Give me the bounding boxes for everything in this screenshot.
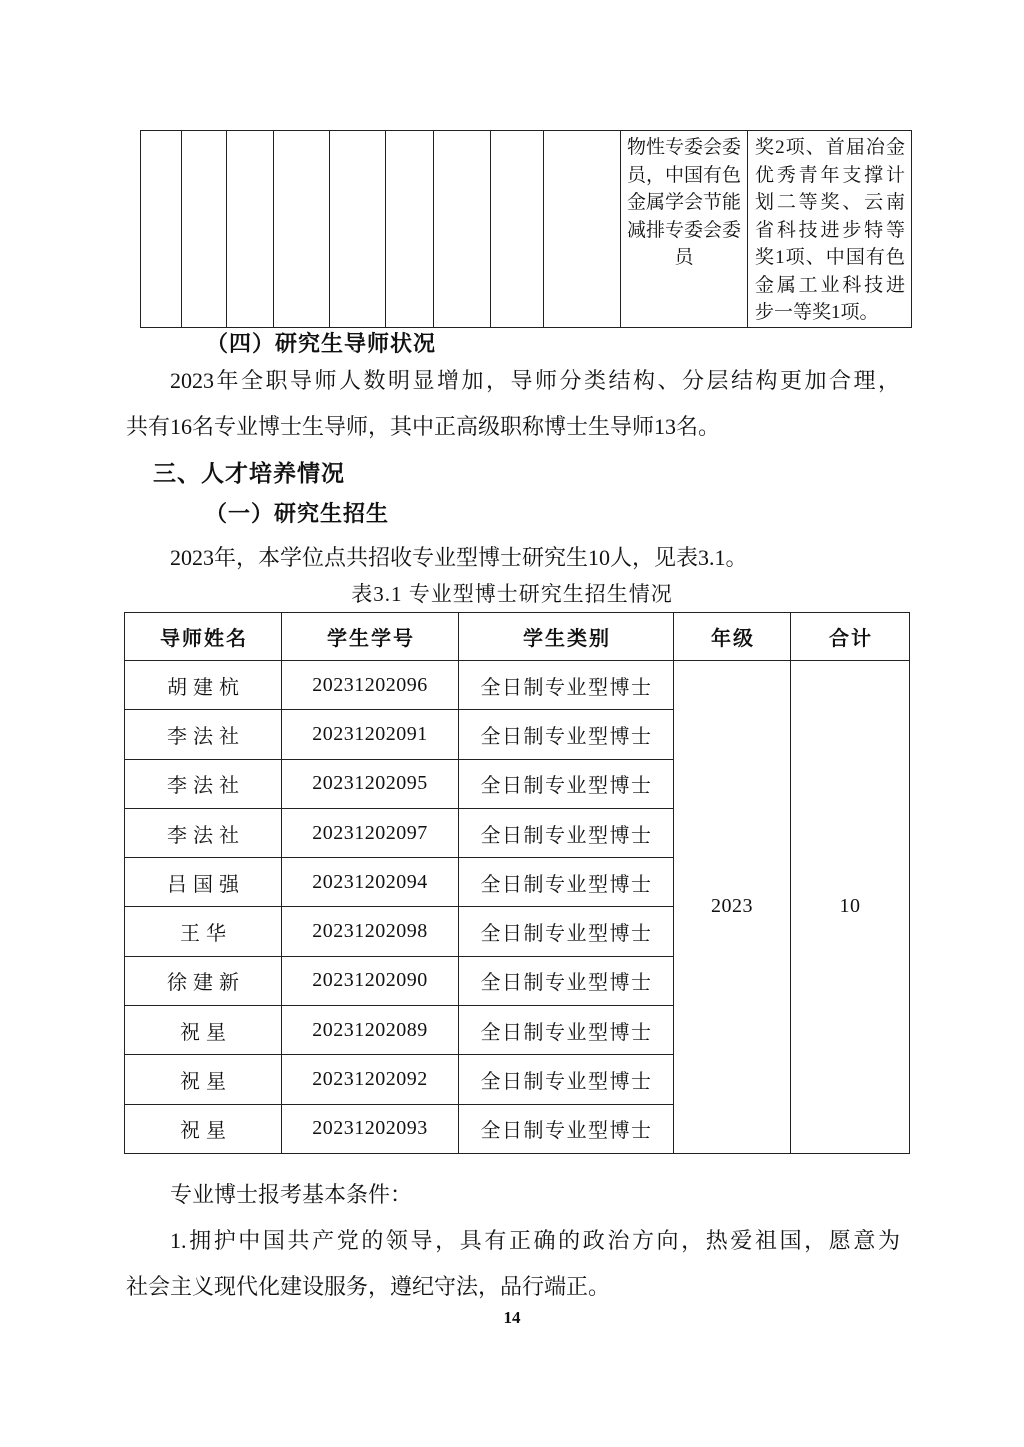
supervisor-name-cell: 徐建新 [125,956,282,1005]
section-3-1-paragraph: 2023年，本学位点共招收专业型博士研究生10人，见表3.1。 [126,535,900,581]
student-id-cell: 20231202090 [282,956,459,1005]
total-count-cell: 10 [791,661,910,1154]
empty-cell [386,131,434,328]
section-3-heading: 三、人才培养情况 [153,460,345,489]
header-student-type: 学生类别 [459,613,674,661]
student-type-cell: 全日制专业型博士 [459,759,674,808]
student-id-cell: 20231202093 [282,1104,459,1153]
student-type-cell: 全日制专业型博士 [459,710,674,759]
paragraph-line: 2023年全职导师人数明显增加，导师分类结构、分层结构更加合理， [126,358,900,404]
section-4-heading: （四）研究生导师状况 [206,330,436,358]
conditions-item-1: 1.拥护中国共产党的领导，具有正确的政治方向，热爱祖国，愿意为 社会主义现代化建… [126,1218,900,1310]
student-type-cell: 全日制专业型博士 [459,661,674,710]
empty-cell [491,131,544,328]
table-row: 胡建杭20231202096全日制专业型博士202310 [125,661,910,710]
paragraph-line: 共有16名专业博士生导师，其中正高级职称博士生导师13名。 [126,404,900,450]
empty-cell [330,131,386,328]
supervisor-name-cell: 祝星 [125,1104,282,1153]
document-page: 物性专委会委员，中国有色金属学会节能减排专委会委员 奖2项、首届冶金优秀青年支撑… [0,0,1024,1447]
student-id-cell: 20231202091 [282,710,459,759]
empty-cell [141,131,182,328]
student-id-cell: 20231202098 [282,907,459,956]
supervisor-name-cell: 祝星 [125,1055,282,1104]
page-number: 14 [0,1308,1024,1328]
admission-table: 导师姓名 学生学号 学生类别 年级 合计 胡建杭20231202096全日制专业… [124,612,910,1154]
empty-cell [227,131,274,328]
supervisor-name-cell: 李法社 [125,710,282,759]
empty-cell [544,131,621,328]
student-id-cell: 20231202094 [282,858,459,907]
section-3-1-heading: （一）研究生招生 [205,500,389,528]
awards-cell: 奖2项、首届冶金优秀青年支撑计划二等奖、云南省科技进步特等奖1项、中国有色金属工… [748,131,912,328]
student-id-cell: 20231202092 [282,1055,459,1104]
paragraph-line: 2023年，本学位点共招收专业型博士研究生10人，见表3.1。 [126,535,900,581]
supervisor-name-cell: 李法社 [125,808,282,857]
committee-membership-cell: 物性专委会委员，中国有色金属学会节能减排专委会委员 [621,131,748,328]
header-grade: 年级 [674,613,791,661]
empty-cell [182,131,227,328]
student-id-cell: 20231202089 [282,1006,459,1055]
section-4-paragraph: 2023年全职导师人数明显增加，导师分类结构、分层结构更加合理， 共有16名专业… [126,358,900,450]
student-type-cell: 全日制专业型博士 [459,956,674,1005]
student-type-cell: 全日制专业型博士 [459,858,674,907]
header-student-id: 学生学号 [282,613,459,661]
supervisor-name-cell: 祝星 [125,1006,282,1055]
table-row: 物性专委会委员，中国有色金属学会节能减排专委会委员 奖2项、首届冶金优秀青年支撑… [141,131,912,328]
empty-cell [274,131,330,328]
student-type-cell: 全日制专业型博士 [459,907,674,956]
supervisor-name-cell: 王华 [125,907,282,956]
student-type-cell: 全日制专业型博士 [459,808,674,857]
student-type-cell: 全日制专业型博士 [459,1104,674,1153]
admission-table-body: 胡建杭20231202096全日制专业型博士202310李法社202312020… [125,661,910,1154]
supervisor-name-cell: 李法社 [125,759,282,808]
header-supervisor-name: 导师姓名 [125,613,282,661]
paragraph-line: 社会主义现代化建设服务，遵纪守法，品行端正。 [126,1264,900,1310]
paragraph-line: 专业博士报考基本条件： [126,1172,900,1218]
table-header-row: 导师姓名 学生学号 学生类别 年级 合计 [125,613,910,661]
student-id-cell: 20231202097 [282,808,459,857]
header-total: 合计 [791,613,910,661]
grade-year-cell: 2023 [674,661,791,1154]
mentor-info-table-continued: 物性专委会委员，中国有色金属学会节能减排专委会委员 奖2项、首届冶金优秀青年支撑… [140,130,912,328]
supervisor-name-cell: 胡建杭 [125,661,282,710]
table-3-1-caption: 表3.1 专业型博士研究生招生情况 [0,581,1024,608]
student-id-cell: 20231202096 [282,661,459,710]
student-type-cell: 全日制专业型博士 [459,1006,674,1055]
paragraph-line: 1.拥护中国共产党的领导，具有正确的政治方向，热爱祖国，愿意为 [126,1218,900,1264]
student-type-cell: 全日制专业型博士 [459,1055,674,1104]
empty-cell [434,131,491,328]
conditions-title-paragraph: 专业博士报考基本条件： [126,1172,900,1218]
student-id-cell: 20231202095 [282,759,459,808]
supervisor-name-cell: 吕国强 [125,858,282,907]
